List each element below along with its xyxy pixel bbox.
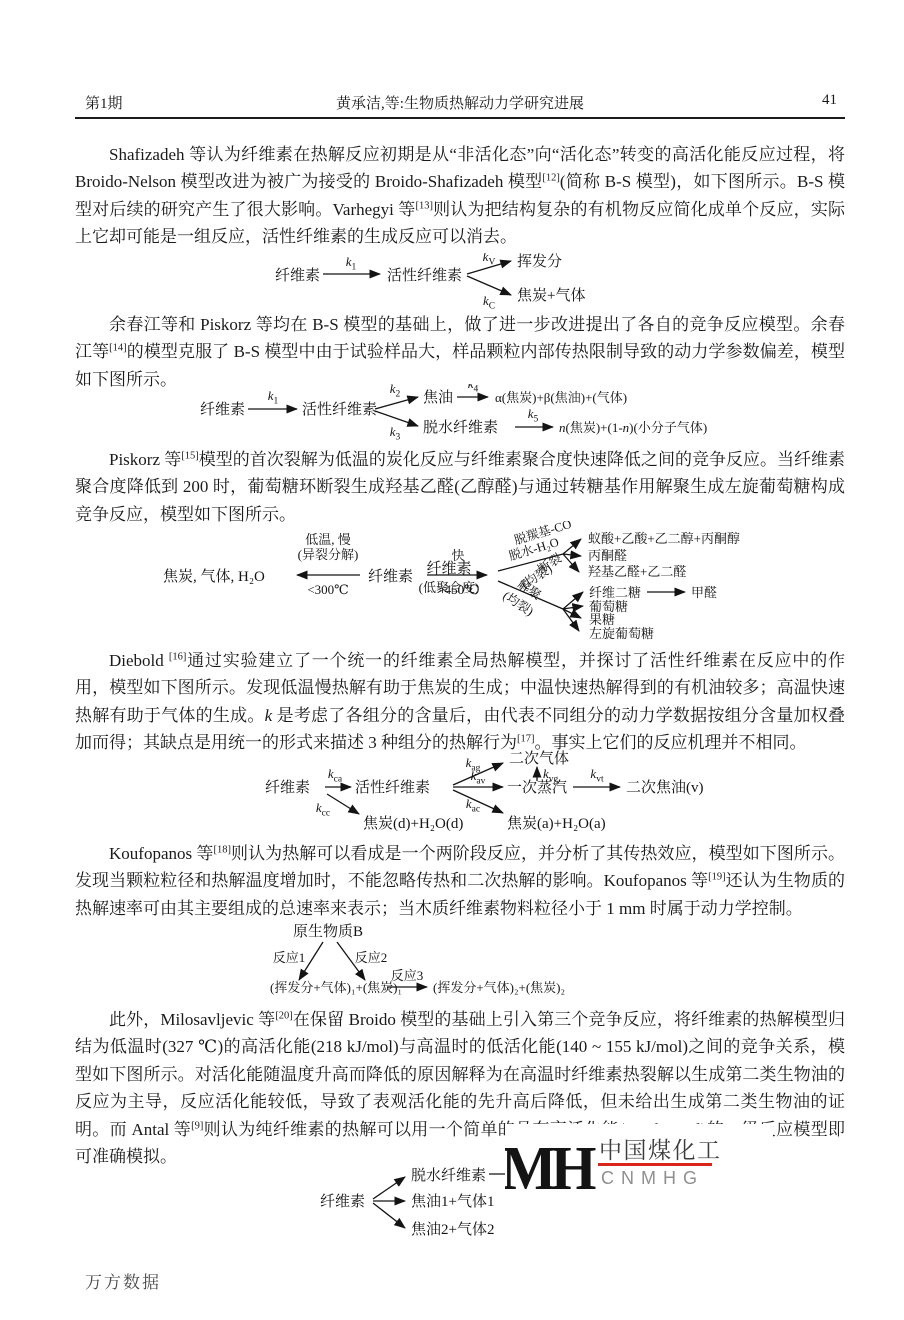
label-anhydrocellulose: 脱水纤维素 xyxy=(411,1167,486,1184)
label-low-temp-slow: 低温, 慢 xyxy=(305,532,351,547)
label-cellulose-lowdp: 纤维素 xyxy=(426,560,471,577)
label-char-smallgas-products: n(焦炭)+(1-n)(小分子气体) xyxy=(559,420,707,435)
label-secondary-gas: 二次气体 xyxy=(509,750,569,767)
watermark-cn-text: 中国煤化工 xyxy=(599,1132,722,1165)
label-virgin-biomass: 原生物质B xyxy=(293,922,363,940)
diagram-koufopanos-model: 原生物质B 反应1 反应2 (挥发分+气体)₁+(焦炭)₁ 反应3 (挥发分+气… xyxy=(75,920,845,1002)
label-anhydrocellulose: 脱水纤维素 xyxy=(423,419,498,436)
paragraph-piskorz: Piskorz 等[15]模型的首次裂解为低温的炭化反应与纤维素聚合度快速降低之… xyxy=(75,446,845,528)
diagram-yu-model: 纤维素 k1 活性纤维素 k2 k3 焦油 k4 α(焦炭)+β(焦油)+(气体… xyxy=(75,384,845,448)
diebold-model-svg: 纤维素 kca kcc 活性纤维素 焦炭(d)+H₂O(d) kag kav k… xyxy=(75,750,845,840)
wanfang-brand: 万方数据 xyxy=(85,1268,161,1293)
label-reaction1: 反应1 xyxy=(273,950,306,965)
rate-k1: k1 xyxy=(346,254,357,273)
label-tar2-gas2: 焦油2+气体2 xyxy=(411,1221,494,1238)
rate-k4: k4 xyxy=(468,384,479,395)
label-char-a-water: 焦炭(a)+H₂O(a) xyxy=(507,815,606,832)
bs-model-svg: 纤维素 k1 活性纤维素 kV kC 挥发分 焦炭+气体 xyxy=(75,253,845,311)
rate-k5: k5 xyxy=(528,406,539,425)
label-tar: 焦油 xyxy=(423,389,453,406)
label-levoglucosan: 左旋葡萄糖 xyxy=(589,626,654,641)
header-rule xyxy=(75,117,845,119)
label-fructose: 果糖 xyxy=(589,612,615,627)
label-products-1: (挥发分+气体)₁+(焦炭)₁ xyxy=(270,980,402,995)
label-cellulose: 纤维素 xyxy=(275,267,320,284)
paragraph-diebold: Diebold [16]通过实验建立了一个统一的纤维素全局热解模型，并探讨了活性… xyxy=(75,647,845,757)
watermark: MH 中国煤化工 CNMHG xyxy=(505,1124,773,1202)
rate-kca: kca xyxy=(328,766,343,785)
label-primary-vapor: 一次蒸汽 xyxy=(507,778,567,796)
cnmhg-logo-icon: MH xyxy=(505,1126,597,1198)
rate-k2: k2 xyxy=(390,384,401,400)
piskorz-model-svg: 焦炭, 气体, H₂O 低温, 慢 (异裂分解) <300℃ 纤维素 快 >45… xyxy=(75,521,845,648)
label-active-cellulose: 活性纤维素 xyxy=(355,779,430,796)
label-active-cellulose: 活性纤维素 xyxy=(387,267,462,284)
label-char-gas-water: 焦炭, 气体, H₂O xyxy=(163,568,265,585)
label-tar1-gas1: 焦油1+气体1 xyxy=(411,1193,494,1210)
label-heterolysis: (异裂分解) xyxy=(298,547,359,562)
rate-k1: k1 xyxy=(268,388,279,407)
rate-kvt: kvt xyxy=(590,766,604,785)
running-title: 黄承洁,等:生物质热解动力学研究进展 xyxy=(75,92,845,113)
label-cellulose: 纤维素 xyxy=(320,1193,365,1210)
label-low-polymerization: (低聚合度) xyxy=(419,580,480,595)
label-cellobiose: 纤维二糖 xyxy=(589,585,641,600)
rate-kV: kV xyxy=(483,253,496,268)
paragraph-yuchunjiang: 余春江等和 Piskorz 等均在 B-S 模型的基础上，做了进一步改进提出了各… xyxy=(75,311,845,393)
label-fission-products-1: 蚁酸+乙酸+乙二醇+丙酮醇 xyxy=(588,531,740,546)
page-header: 第1期 黄承洁,等:生物质热解动力学研究进展 41 xyxy=(75,92,845,116)
page-number: 41 xyxy=(822,92,837,109)
paragraph-shafizadeh: Shafizadeh 等认为纤维素在热解反应初期是从“非活化态”向“活化态”转变… xyxy=(75,141,845,251)
label-formaldehyde: 甲醛 xyxy=(691,585,717,600)
label-char-d-water: 焦炭(d)+H₂O(d) xyxy=(363,815,463,832)
label-fission-products-2: 丙酮醛 xyxy=(588,548,627,563)
label-reaction3: 反应3 xyxy=(391,968,424,983)
yu-model-svg: 纤维素 k1 活性纤维素 k2 k3 焦油 k4 α(焦炭)+β(焦油)+(气体… xyxy=(75,384,845,448)
label-active-cellulose: 活性纤维素 xyxy=(302,401,377,418)
label-cellulose: 纤维素 xyxy=(368,568,413,585)
paragraph-koufopanos: Koufopanos 等[18]则认为热解可以看成是一个两阶段反应，并分析了其传… xyxy=(75,840,845,922)
svg-text:MH: MH xyxy=(505,1134,596,1198)
label-below-300: <300℃ xyxy=(307,582,348,597)
label-cellulose: 纤维素 xyxy=(200,401,245,418)
watermark-en-text: CNMHG xyxy=(601,1168,704,1189)
label-products-2: (挥发分+气体)₂+(焦炭)₂ xyxy=(433,980,565,995)
rate-kcc: kcc xyxy=(316,800,330,819)
diagram-piskorz-model: 焦炭, 气体, H₂O 低温, 慢 (异裂分解) <300℃ 纤维素 快 >45… xyxy=(75,521,845,648)
label-secondary-tar: 二次焦油(v) xyxy=(626,779,704,796)
paper-page: 第1期 黄承洁,等:生物质热解动力学研究进展 41 Shafizadeh 等认为… xyxy=(0,0,904,1320)
koufopanos-model-svg: 原生物质B 反应1 反应2 (挥发分+气体)₁+(焦炭)₁ 反应3 (挥发分+气… xyxy=(75,920,845,1002)
watermark-underline xyxy=(598,1163,712,1166)
diagram-diebold-model: 纤维素 kca kcc 活性纤维素 焦炭(d)+H₂O(d) kag kav k… xyxy=(75,750,845,840)
label-char-gas: 焦炭+气体 xyxy=(517,287,585,304)
label-cellulose: 纤维素 xyxy=(265,779,310,796)
rate-kC: kC xyxy=(483,293,495,311)
label-volatiles: 挥发分 xyxy=(517,253,562,270)
label-fission-products-3: 羟基乙醛+乙二醛 xyxy=(588,564,686,579)
rate-k3: k3 xyxy=(390,424,401,443)
diagram-bs-model: 纤维素 k1 活性纤维素 kV kC 挥发分 焦炭+气体 xyxy=(75,253,845,311)
label-tar-products: α(焦炭)+β(焦油)+(气体) xyxy=(495,390,627,405)
label-reaction2: 反应2 xyxy=(355,950,388,965)
